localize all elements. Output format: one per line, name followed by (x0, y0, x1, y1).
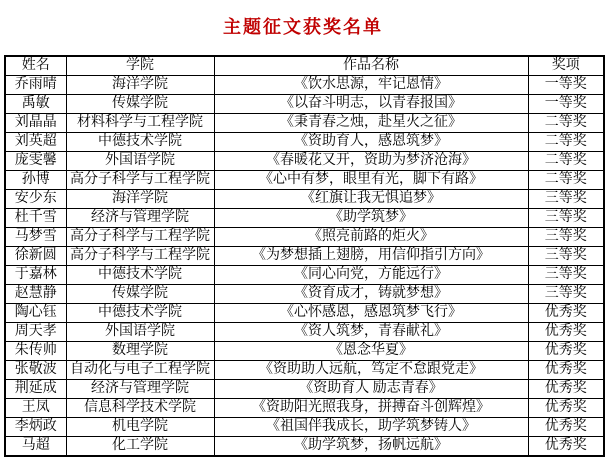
cell-work-title: 《同心向党，方能远行》 (214, 266, 528, 285)
cell-award: 二等奖 (528, 114, 604, 133)
cell-name: 张敬波 (5, 361, 66, 380)
cell-college: 外国语学院 (66, 323, 214, 342)
cell-work-title: 《助学筑梦》 (214, 209, 528, 228)
table-header-row: 姓名 学院 作品名称 奖项 (5, 56, 604, 76)
cell-name: 乔雨晴 (5, 76, 66, 95)
column-header-name: 姓名 (5, 56, 66, 76)
cell-name: 赵慧静 (5, 285, 66, 304)
cell-name: 孙博 (5, 171, 66, 190)
cell-name: 朱传帅 (5, 342, 66, 361)
table-row: 周天孝外国语学院《资人筑梦，青春献礼》优秀奖 (5, 323, 604, 342)
cell-college: 中德技术学院 (66, 133, 214, 152)
cell-work-title: 《资助阳光照我身，拼搏奋斗创辉煌》 (214, 399, 528, 418)
cell-college: 中德技术学院 (66, 304, 214, 323)
cell-work-title: 《心中有梦，眼里有光，脚下有路》 (214, 171, 528, 190)
cell-name: 杜千雪 (5, 209, 66, 228)
document-page: 主题征文获奖名单 姓名 学院 作品名称 奖项 乔雨晴海洋学院《饮水思源，牢记恩情… (0, 0, 606, 458)
cell-college: 高分子科学与工程学院 (66, 171, 214, 190)
cell-college: 传媒学院 (66, 285, 214, 304)
cell-name: 庞雯馨 (5, 152, 66, 171)
cell-work-title: 《饮水思源，牢记恩情》 (214, 76, 528, 95)
cell-name: 李炳政 (5, 418, 66, 437)
cell-award: 三等奖 (528, 266, 604, 285)
cell-work-title: 《恩念华夏》 (214, 342, 528, 361)
cell-award: 优秀奖 (528, 380, 604, 399)
cell-name: 刘晶晶 (5, 114, 66, 133)
cell-award: 优秀奖 (528, 304, 604, 323)
table-row: 禹敏传媒学院《以奋斗明志，以青春报国》一等奖 (5, 95, 604, 114)
cell-award: 二等奖 (528, 152, 604, 171)
cell-name: 王凤 (5, 399, 66, 418)
column-header-college: 学院 (66, 56, 214, 76)
award-winners-table: 姓名 学院 作品名称 奖项 乔雨晴海洋学院《饮水思源，牢记恩情》一等奖禹敏传媒学… (4, 55, 605, 457)
cell-college: 外国语学院 (66, 152, 214, 171)
column-header-work-title: 作品名称 (214, 56, 528, 76)
cell-name: 周天孝 (5, 323, 66, 342)
cell-award: 优秀奖 (528, 418, 604, 437)
table-row: 赵慧静传媒学院《资育成才，铸就梦想》三等奖 (5, 285, 604, 304)
cell-work-title: 《资育成才，铸就梦想》 (214, 285, 528, 304)
cell-work-title: 《春暖花又开，资助为梦济沧海》 (214, 152, 528, 171)
table-row: 李炳政机电学院《祖国伴我成长，助学筑梦铸人》优秀奖 (5, 418, 604, 437)
table-row: 朱传帅数理学院《恩念华夏》优秀奖 (5, 342, 604, 361)
table-row: 于嘉林中德技术学院《同心向党，方能远行》三等奖 (5, 266, 604, 285)
cell-college: 自动化与电子工程学院 (66, 361, 214, 380)
cell-college: 海洋学院 (66, 190, 214, 209)
cell-award: 优秀奖 (528, 342, 604, 361)
cell-work-title: 《资助育人，感恩筑梦》 (214, 133, 528, 152)
page-title: 主题征文获奖名单 (0, 0, 606, 40)
table-row: 荆延成经济与管理学院《资助育人 励志青春》优秀奖 (5, 380, 604, 399)
cell-award: 一等奖 (528, 76, 604, 95)
cell-college: 经济与管理学院 (66, 209, 214, 228)
table-row: 陶心钰中德技术学院《心怀感恩，感恩筑梦飞行》优秀奖 (5, 304, 604, 323)
cell-award: 三等奖 (528, 190, 604, 209)
table-row: 杜千雪经济与管理学院《助学筑梦》三等奖 (5, 209, 604, 228)
cell-award: 优秀奖 (528, 437, 604, 457)
cell-work-title: 《心怀感恩，感恩筑梦飞行》 (214, 304, 528, 323)
table-body: 乔雨晴海洋学院《饮水思源，牢记恩情》一等奖禹敏传媒学院《以奋斗明志，以青春报国》… (5, 76, 604, 457)
cell-work-title: 《资助育人 励志青春》 (214, 380, 528, 399)
cell-college: 材料科学与工程学院 (66, 114, 214, 133)
table-row: 孙博高分子科学与工程学院《心中有梦，眼里有光，脚下有路》二等奖 (5, 171, 604, 190)
cell-award: 二等奖 (528, 133, 604, 152)
cell-college: 机电学院 (66, 418, 214, 437)
cell-work-title: 《资人筑梦，青春献礼》 (214, 323, 528, 342)
cell-name: 陶心钰 (5, 304, 66, 323)
cell-work-title: 《秉青春之烛，赴星火之征》 (214, 114, 528, 133)
cell-award: 一等奖 (528, 95, 604, 114)
cell-award: 三等奖 (528, 247, 604, 266)
cell-name: 安少东 (5, 190, 66, 209)
cell-college: 高分子科学与工程学院 (66, 247, 214, 266)
cell-name: 荆延成 (5, 380, 66, 399)
cell-name: 刘英超 (5, 133, 66, 152)
cell-award: 优秀奖 (528, 323, 604, 342)
cell-college: 经济与管理学院 (66, 380, 214, 399)
table-row: 庞雯馨外国语学院《春暖花又开，资助为梦济沧海》二等奖 (5, 152, 604, 171)
table-row: 王凤信息科学技术学院《资助阳光照我身，拼搏奋斗创辉煌》优秀奖 (5, 399, 604, 418)
cell-award: 优秀奖 (528, 399, 604, 418)
table-row: 安少东海洋学院《红旗让我无惧追梦》三等奖 (5, 190, 604, 209)
table-row: 张敬波自动化与电子工程学院《资助助人远航，笃定不怠跟党走》优秀奖 (5, 361, 604, 380)
cell-college: 化工学院 (66, 437, 214, 457)
table-row: 乔雨晴海洋学院《饮水思源，牢记恩情》一等奖 (5, 76, 604, 95)
cell-name: 禹敏 (5, 95, 66, 114)
cell-work-title: 《助学筑梦，扬帆远航》 (214, 437, 528, 457)
cell-work-title: 《照亮前路的炬火》 (214, 228, 528, 247)
cell-work-title: 《祖国伴我成长，助学筑梦铸人》 (214, 418, 528, 437)
cell-work-title: 《以奋斗明志，以青春报国》 (214, 95, 528, 114)
cell-work-title: 《红旗让我无惧追梦》 (214, 190, 528, 209)
cell-college: 信息科学技术学院 (66, 399, 214, 418)
table-row: 马超化工学院《助学筑梦，扬帆远航》优秀奖 (5, 437, 604, 457)
cell-award: 优秀奖 (528, 361, 604, 380)
table-row: 徐新圆高分子科学与工程学院《为梦想插上翅膀，用信仰指引方向》三等奖 (5, 247, 604, 266)
cell-work-title: 《为梦想插上翅膀，用信仰指引方向》 (214, 247, 528, 266)
cell-name: 马梦雪 (5, 228, 66, 247)
cell-college: 海洋学院 (66, 76, 214, 95)
table-row: 刘英超中德技术学院《资助育人，感恩筑梦》二等奖 (5, 133, 604, 152)
cell-award: 三等奖 (528, 209, 604, 228)
cell-award: 二等奖 (528, 171, 604, 190)
cell-name: 于嘉林 (5, 266, 66, 285)
table-row: 马梦雪高分子科学与工程学院《照亮前路的炬火》三等奖 (5, 228, 604, 247)
cell-college: 中德技术学院 (66, 266, 214, 285)
cell-college: 传媒学院 (66, 95, 214, 114)
cell-name: 马超 (5, 437, 66, 457)
cell-college: 数理学院 (66, 342, 214, 361)
cell-award: 三等奖 (528, 285, 604, 304)
cell-work-title: 《资助助人远航，笃定不怠跟党走》 (214, 361, 528, 380)
cell-name: 徐新圆 (5, 247, 66, 266)
column-header-award: 奖项 (528, 56, 604, 76)
cell-college: 高分子科学与工程学院 (66, 228, 214, 247)
table-row: 刘晶晶材料科学与工程学院《秉青春之烛，赴星火之征》二等奖 (5, 114, 604, 133)
cell-award: 三等奖 (528, 228, 604, 247)
